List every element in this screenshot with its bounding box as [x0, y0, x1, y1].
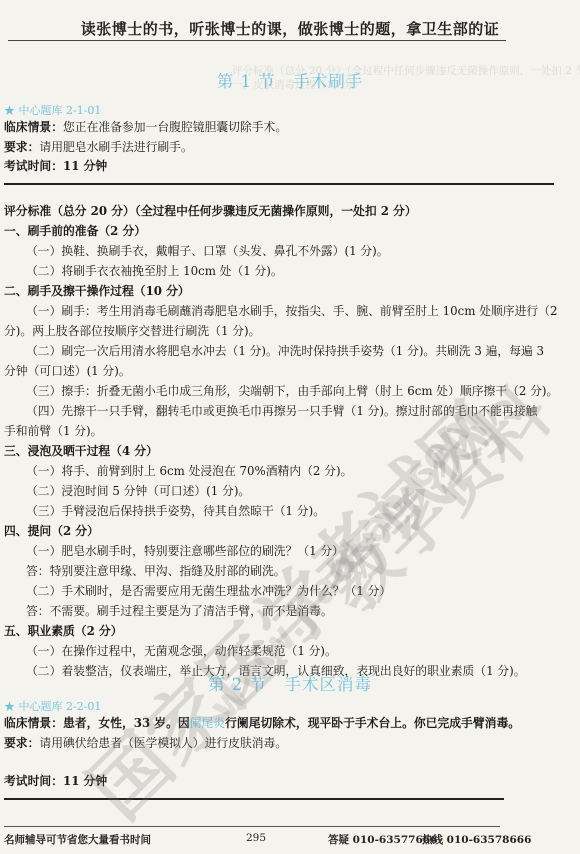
scoring-item: （二）刷完一次后用清水将肥皂水冲去（1 分)。冲洗时保持拱手姿势（1 分)。共刷… — [26, 342, 544, 359]
part-heading: 四、提问（2 分） — [4, 522, 99, 539]
scoring-item: （一）在操作过程中，无菌观念强，动作轻柔规范（1 分)。 — [26, 642, 337, 659]
answer-item: 答：不需要。刷手过程主要是为了清洁手臂，而不是消毒。 — [26, 602, 333, 619]
scoring-item: （二）将刷手衣衣袖挽至肘上 10cm 处（1 分)。 — [26, 262, 283, 279]
footer-slogan: 名师辅导可节省您大量看书时间 — [4, 832, 151, 847]
page-number: 295 — [246, 832, 266, 844]
exam-time-value: 11 分钟 — [63, 774, 107, 788]
part-heading: 一、刷手前的准备（2 分） — [4, 222, 146, 239]
scoring-item: （一）将手、前臂到肘上 6cm 处浸泡在 70%酒精内（2 分)。 — [26, 462, 352, 479]
clinical-scenario: 临床情景：您正在准备参加一台腹腔镜胆囊切除手术。 — [4, 118, 287, 135]
section-title-2: 第 2 节 手术区消毒 — [0, 671, 580, 695]
requirement-text: 请用肥皂水刷手法进行刷手。 — [39, 140, 192, 154]
scenario-text: 患者，女性，33 岁。因 — [63, 716, 190, 730]
part-heading: 三、浸泡及晒干过程（4 分） — [4, 442, 158, 459]
scoring-item: （三）手臂浸泡后保持拱手姿势，待其自然晾干（1 分)。 — [26, 502, 325, 519]
exam-time-label: 考试时间： — [4, 774, 63, 788]
exam-time-value: 11 分钟 — [63, 159, 107, 173]
running-header: 读张博士的书，听张博士的课，做张博士的题，拿卫生部的证 — [0, 18, 580, 39]
question-bank-tag: ★ 中心题库 2-1-01 — [4, 102, 101, 118]
part-heading: 五、职业素质（2 分） — [4, 622, 123, 639]
section-divider — [4, 798, 504, 800]
requirement: 要求：请用碘伏给患者（医学模拟人）进行皮肤消毒。 — [4, 734, 287, 751]
footer-rule — [4, 826, 500, 827]
exam-time-label: 考试时间： — [4, 159, 63, 173]
scenario-label: 临床情景： — [4, 716, 63, 730]
scenario-text: 您正在准备参加一台腹腔镜胆囊切除手术。 — [63, 120, 287, 134]
scoring-item: （二）浸泡时间 5 分钟（可口述）(1 分)。 — [26, 482, 250, 499]
scoring-item: 手和前臂（1 分)。 — [4, 422, 102, 439]
scoring-item: （三）擦手：折叠无菌小毛巾成三角形，尖端朝下，由手部向上臂（肘上 6cm 处）顺… — [26, 382, 558, 399]
requirement-label: 要求： — [4, 736, 39, 750]
scoring-item: （四）先擦干一只手臂，翻转毛巾或更换毛巾再擦另一只手臂（1 分)。擦过肘部的毛巾… — [26, 402, 537, 419]
question-bank-tag: ★ 中心题库 2-2-01 — [4, 698, 101, 714]
document-page: 读张博士的书，听张博士的课，做张博士的题，拿卫生部的证 评分标准（总分 20 分… — [0, 0, 580, 854]
requirement-label: 要求： — [4, 140, 39, 154]
scoring-item: （一）换鞋、换刷手衣，戴帽子、口罩（头发、鼻孔不外露）(1 分)。 — [26, 242, 389, 259]
scoring-item: 分钟（可口述）(1 分)。 — [4, 362, 131, 379]
header-rule — [8, 40, 506, 41]
scenario-highlight: 阑尾炎 — [190, 716, 225, 730]
exam-time: 考试时间：11 分钟 — [4, 157, 107, 174]
section-title-1: 第 1 节 手术刷手 — [0, 68, 580, 92]
footer-qa-phone: 答疑 010-63577666 — [328, 832, 437, 847]
requirement: 要求：请用肥皂水刷手法进行刷手。 — [4, 138, 193, 155]
answer-item: 答：特别要注意甲缘、甲沟、指缝及肘部的刷洗。 — [26, 562, 286, 579]
part-heading: 二、刷手及擦干操作过程（10 分） — [4, 282, 190, 299]
question-item: （二）手术刷时，是否需要应用无菌生理盐水冲洗？为什么？（1 分） — [26, 582, 391, 599]
requirement-text: 请用碘伏给患者（医学模拟人）进行皮肤消毒。 — [39, 736, 287, 750]
question-item: （一）肥皂水刷手时，特别要注意哪些部位的刷洗？（1 分） — [26, 542, 344, 559]
scoring-item: 分)。两上肢各部位按顺序交替进行刷洗（1 分)。 — [4, 322, 260, 339]
scenario-label: 临床情景： — [4, 120, 63, 134]
scoring-title: 评分标准（总分 20 分）（全过程中任何步骤违反无菌操作原则，一处扣 2 分） — [4, 202, 417, 219]
footer-hotline: 热线 010-63578666 — [422, 832, 531, 847]
scenario-text: 行阑尾切除术，现平卧于手术台上。你已完成手臂消毒。 — [225, 716, 520, 730]
clinical-scenario: 临床情景：患者，女性，33 岁。因阑尾炎行阑尾切除术，现平卧于手术台上。你已完成… — [4, 714, 520, 731]
scoring-item: （一）刷手：考生用消毒毛刷蘸消毒肥皂水刷手，按指尖、手、腕、前臂至肘上 10cm… — [26, 302, 558, 319]
exam-time: 考试时间：11 分钟 — [4, 772, 107, 789]
section-divider — [4, 183, 554, 185]
